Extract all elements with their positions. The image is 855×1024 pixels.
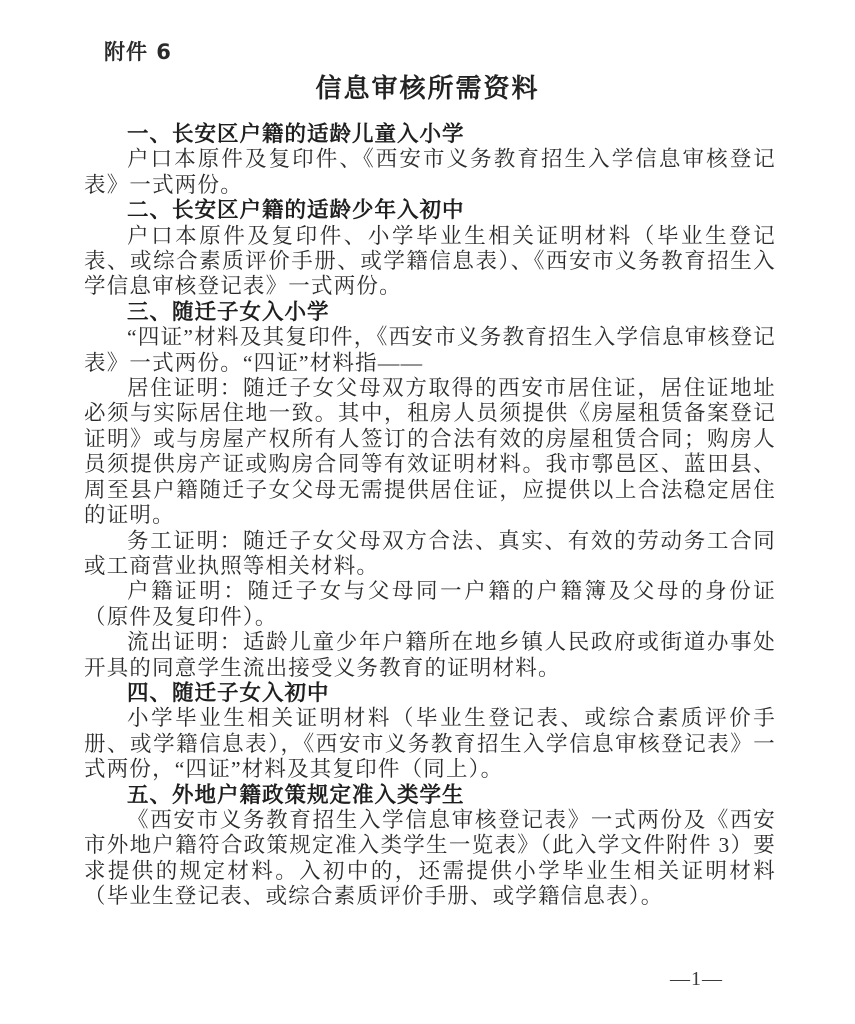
- section-4-heading: 四、随迁子女入初中: [84, 681, 776, 706]
- document-body: 一、长安区户籍的适龄儿童入小学 户口本原件及复印件、《西安市义务教育招生入学信息…: [84, 122, 776, 910]
- attachment-label: 附件 6: [104, 36, 172, 66]
- section-5-paragraph: 《西安市义务教育招生入学信息审核登记表》一式两份及《西安市外地户籍符合政策规定准…: [84, 808, 776, 910]
- section-3-heading: 三、随迁子女入小学: [84, 300, 776, 325]
- section-2-paragraph: 户口本原件及复印件、小学毕业生相关证明材料（毕业生登记表、或综合素质评价手册、或…: [84, 224, 776, 300]
- section-4-paragraph: 小学毕业生相关证明材料（毕业生登记表、或综合素质评价手册、或学籍信息表），《西安…: [84, 706, 776, 782]
- section-3-paragraph-outflow-proof: 流出证明：适龄儿童少年户籍所在地乡镇人民政府或街道办事处开具的同意学生流出接受义…: [84, 630, 776, 681]
- section-3-paragraph-intro: “四证”材料及其复印件，《西安市义务教育招生入学信息审核登记表》一式两份。“四证…: [84, 325, 776, 376]
- section-2-heading: 二、长安区户籍的适龄少年入初中: [84, 198, 776, 223]
- section-1-heading: 一、长安区户籍的适龄儿童入小学: [84, 122, 776, 147]
- section-3-paragraph-household-proof: 户籍证明：随迁子女与父母同一户籍的户籍簿及父母的身份证（原件及复印件）。: [84, 579, 776, 630]
- section-3-paragraph-residence-proof: 居住证明：随迁子女父母双方取得的西安市居住证，居住证地址必须与实际居住地一致。其…: [84, 376, 776, 528]
- page-number: —1—: [670, 968, 723, 991]
- section-3-paragraph-work-proof: 务工证明：随迁子女父母双方合法、真实、有效的劳动务工合同或工商营业执照等相关材料…: [84, 529, 776, 580]
- document-page: 附件 6 信息审核所需资料 一、长安区户籍的适龄儿童入小学 户口本原件及复印件、…: [0, 0, 855, 1024]
- page-title: 信息审核所需资料: [0, 68, 855, 105]
- section-5-heading: 五、外地户籍政策规定准入类学生: [84, 783, 776, 808]
- section-1-paragraph: 户口本原件及复印件、《西安市义务教育招生入学信息审核登记表》一式两份。: [84, 147, 776, 198]
